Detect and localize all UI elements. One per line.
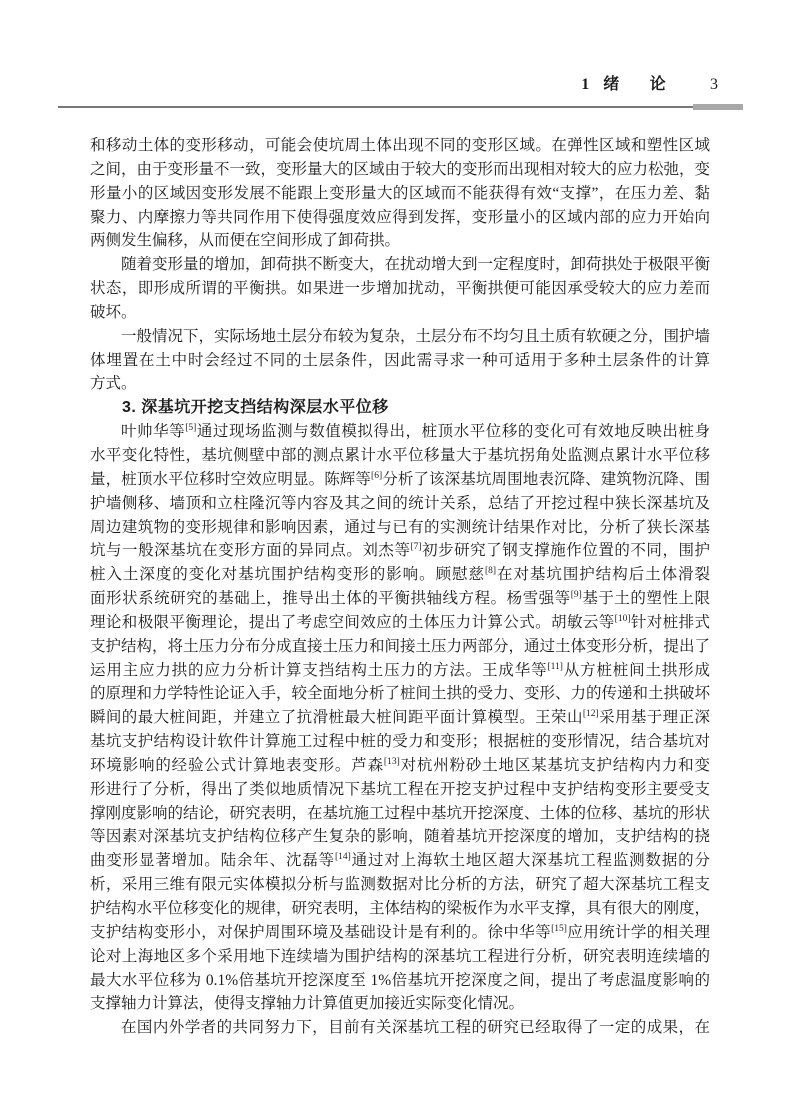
- citation-ref: [7]: [410, 542, 421, 552]
- citation-ref: [15]: [551, 924, 567, 934]
- text-line: 形进行了分析，得出了类似地质情况下基坑工程在开挖支护过程中支护结构变形主要受支: [90, 778, 710, 802]
- citation-ref: [6]: [371, 471, 382, 481]
- text-line: 桩入土深度的变化对基坑围护结构变形的影响。顾慰慈[8]在对基坑围护结构后土体滑裂: [90, 563, 710, 587]
- header-rule-accent: [693, 104, 743, 110]
- text-line: 方式。: [90, 372, 710, 396]
- text-line: 之间，由于变形量不一致，变形量大的区域由于较大的变形而出现相对较大的应力松弛，变: [90, 158, 710, 182]
- citation-ref: [14]: [335, 852, 351, 862]
- text-line: 最大水平位移为 0.1%倍基坑开挖深度至 1%倍基坑开挖深度之间，提出了考虑温度…: [90, 969, 710, 993]
- text-line: 运用主应力拱的应力分析计算支挡结构土压力的方法。王成华等[11]从方桩桩间土拱形…: [90, 659, 710, 683]
- text-line: 形量小的区域因变形发展不能跟上变形量大的区域而不能获得有效“支撑”，在压力差、黏: [90, 182, 710, 206]
- running-head: 1 绪论 3: [90, 74, 718, 96]
- text-line: 叶帅华等[5]通过现场监测与数值模拟得出，桩顶水平位移的变化可有效地反映出桩身: [90, 420, 710, 444]
- text-line: 水平变化特性，基坑侧壁中部的测点累计水平位移量大于基坑拐角处监测点累计水平位移: [90, 444, 710, 468]
- text-line: 一般情况下，实际场地土层分布较为复杂，土层分布不均匀且土质有软硬之分，围护墙: [90, 325, 710, 349]
- text-line: 状态，即形成所谓的平衡拱。如果进一步增加扰动，平衡拱便可能因承受较大的应力差而: [90, 277, 710, 301]
- text-line: 瞬间的最大桩间距，并建立了抗滑桩最大桩间距平面计算模型。王荣山[12]采用基于理…: [90, 706, 710, 730]
- text-line: 理论和极限平衡理论，提出了考虑空间效应的土体压力计算公式。胡敏云等[10]针对桩…: [90, 611, 710, 635]
- citation-ref: [13]: [384, 757, 400, 767]
- chapter-number: 1: [581, 74, 589, 96]
- text-line: 支护结构，将土压力分布分成直接土压力和间接土压力两部分，通过土体变形分析，提出了: [90, 635, 710, 659]
- text-line: 环境影响的经验公式计算地表变形。芦森[13]对杭州粉砂土地区某基坑支护结构内力和…: [90, 754, 710, 778]
- text-line: 量，桩顶水平位移时空效应明显。陈辉等[6]分析了该深基坑周围地表沉降、建筑物沉降…: [90, 468, 710, 492]
- text-line: 论对上海地区多个采用地下连续墙为围护结构的深基坑工程进行分析，研究表明连续墙的: [90, 945, 710, 969]
- text-line: 随着变形量的增加，卸荷拱不断变大，在扰动增大到一定程度时，卸荷拱处于极限平衡: [90, 253, 710, 277]
- page-number: 3: [710, 74, 718, 96]
- text-line: 基坑支护结构设计软件计算施工过程中桩的受力和变形；根据桩的变形情况，结合基坑对: [90, 730, 710, 754]
- text-line: 周边建筑物的变形规律和影响因素，通过与已有的实测统计结果作对比，分析了狭长深基: [90, 516, 710, 540]
- text-line: 等因素对深基坑支护结构位移产生复杂的影响，随着基坑开挖深度的增加，支护结构的挠: [90, 825, 710, 849]
- citation-ref: [10]: [615, 614, 631, 624]
- text-line: 析，采用三维有限元实体模拟分析与监测数据对比分析的方法，研究了超大深基坑工程支: [90, 873, 710, 897]
- book-page: 1 绪论 3 和移动土体的变形移动，可能会使坑周土体出现不同的变形区域。在弹性区…: [0, 0, 800, 1120]
- text-line: 曲变形显著增加。陆余年、沈磊等[14]通过对上海软土地区超大深基坑工程监测数据的…: [90, 849, 710, 873]
- chapter-title: 绪论: [603, 74, 696, 96]
- text-line: 的原理和力学特性论证入手，较全面地分析了桩间土拱的受力、变形、力的传递和土拱破坏: [90, 682, 710, 706]
- text-line: 两侧发生偏移，从而便在空间形成了卸荷拱。: [90, 229, 710, 253]
- header-rule: [58, 106, 700, 108]
- body-text: 和移动土体的变形移动，可能会使坑周土体出现不同的变形区域。在弹性区域和塑性区域之…: [90, 134, 710, 1040]
- citation-ref: [12]: [583, 709, 599, 719]
- citation-ref: [9]: [571, 590, 582, 600]
- citation-ref: [5]: [185, 423, 196, 433]
- text-line: 破坏。: [90, 301, 710, 325]
- text-line: 聚力、内摩擦力等共同作用下使得强度效应得到发挥，变形量小的区域内部的应力开始向: [90, 206, 710, 230]
- text-line: 护结构水平位移变化的规律，研究表明，主体结构的梁板作为水平支撑，具有很大的刚度，: [90, 897, 710, 921]
- citation-ref: [8]: [485, 566, 496, 576]
- text-line: 3. 深基坑开挖支挡结构深层水平位移: [90, 396, 710, 420]
- text-line: 支护结构变形小，对保护周围环境及基础设计是有利的。徐中华等[15]应用统计学的相…: [90, 921, 710, 945]
- text-line: 面形状系统研究的基础上，推导出土体的平衡拱轴线方程。杨雪强等[9]基于土的塑性上…: [90, 587, 710, 611]
- text-line: 体埋置在土中时会经过不同的土层条件，因此需寻求一种可适用于多种土层条件的计算: [90, 349, 710, 373]
- text-line: 在国内外学者的共同努力下，目前有关深基坑工程的研究已经取得了一定的成果，在: [90, 1016, 710, 1040]
- text-line: 护墙侧移、墙顶和立柱隆沉等内容及其之间的统计关系，总结了开挖过程中狭长深基坑及: [90, 492, 710, 516]
- text-line: 撑刚度影响的结论，研究表明，在基坑施工过程中基坑开挖深度、土体的位移、基坑的形状: [90, 802, 710, 826]
- text-line: 坑与一般深基坑在变形方面的异同点。刘杰等[7]初步研究了钢支撑施作位置的不同，围…: [90, 539, 710, 563]
- text-line: 和移动土体的变形移动，可能会使坑周土体出现不同的变形区域。在弹性区域和塑性区域: [90, 134, 710, 158]
- citation-ref: [11]: [547, 662, 562, 672]
- text-line: 支撑轴力计算法，使得支撑轴力计算值更加接近实际变化情况。: [90, 992, 710, 1016]
